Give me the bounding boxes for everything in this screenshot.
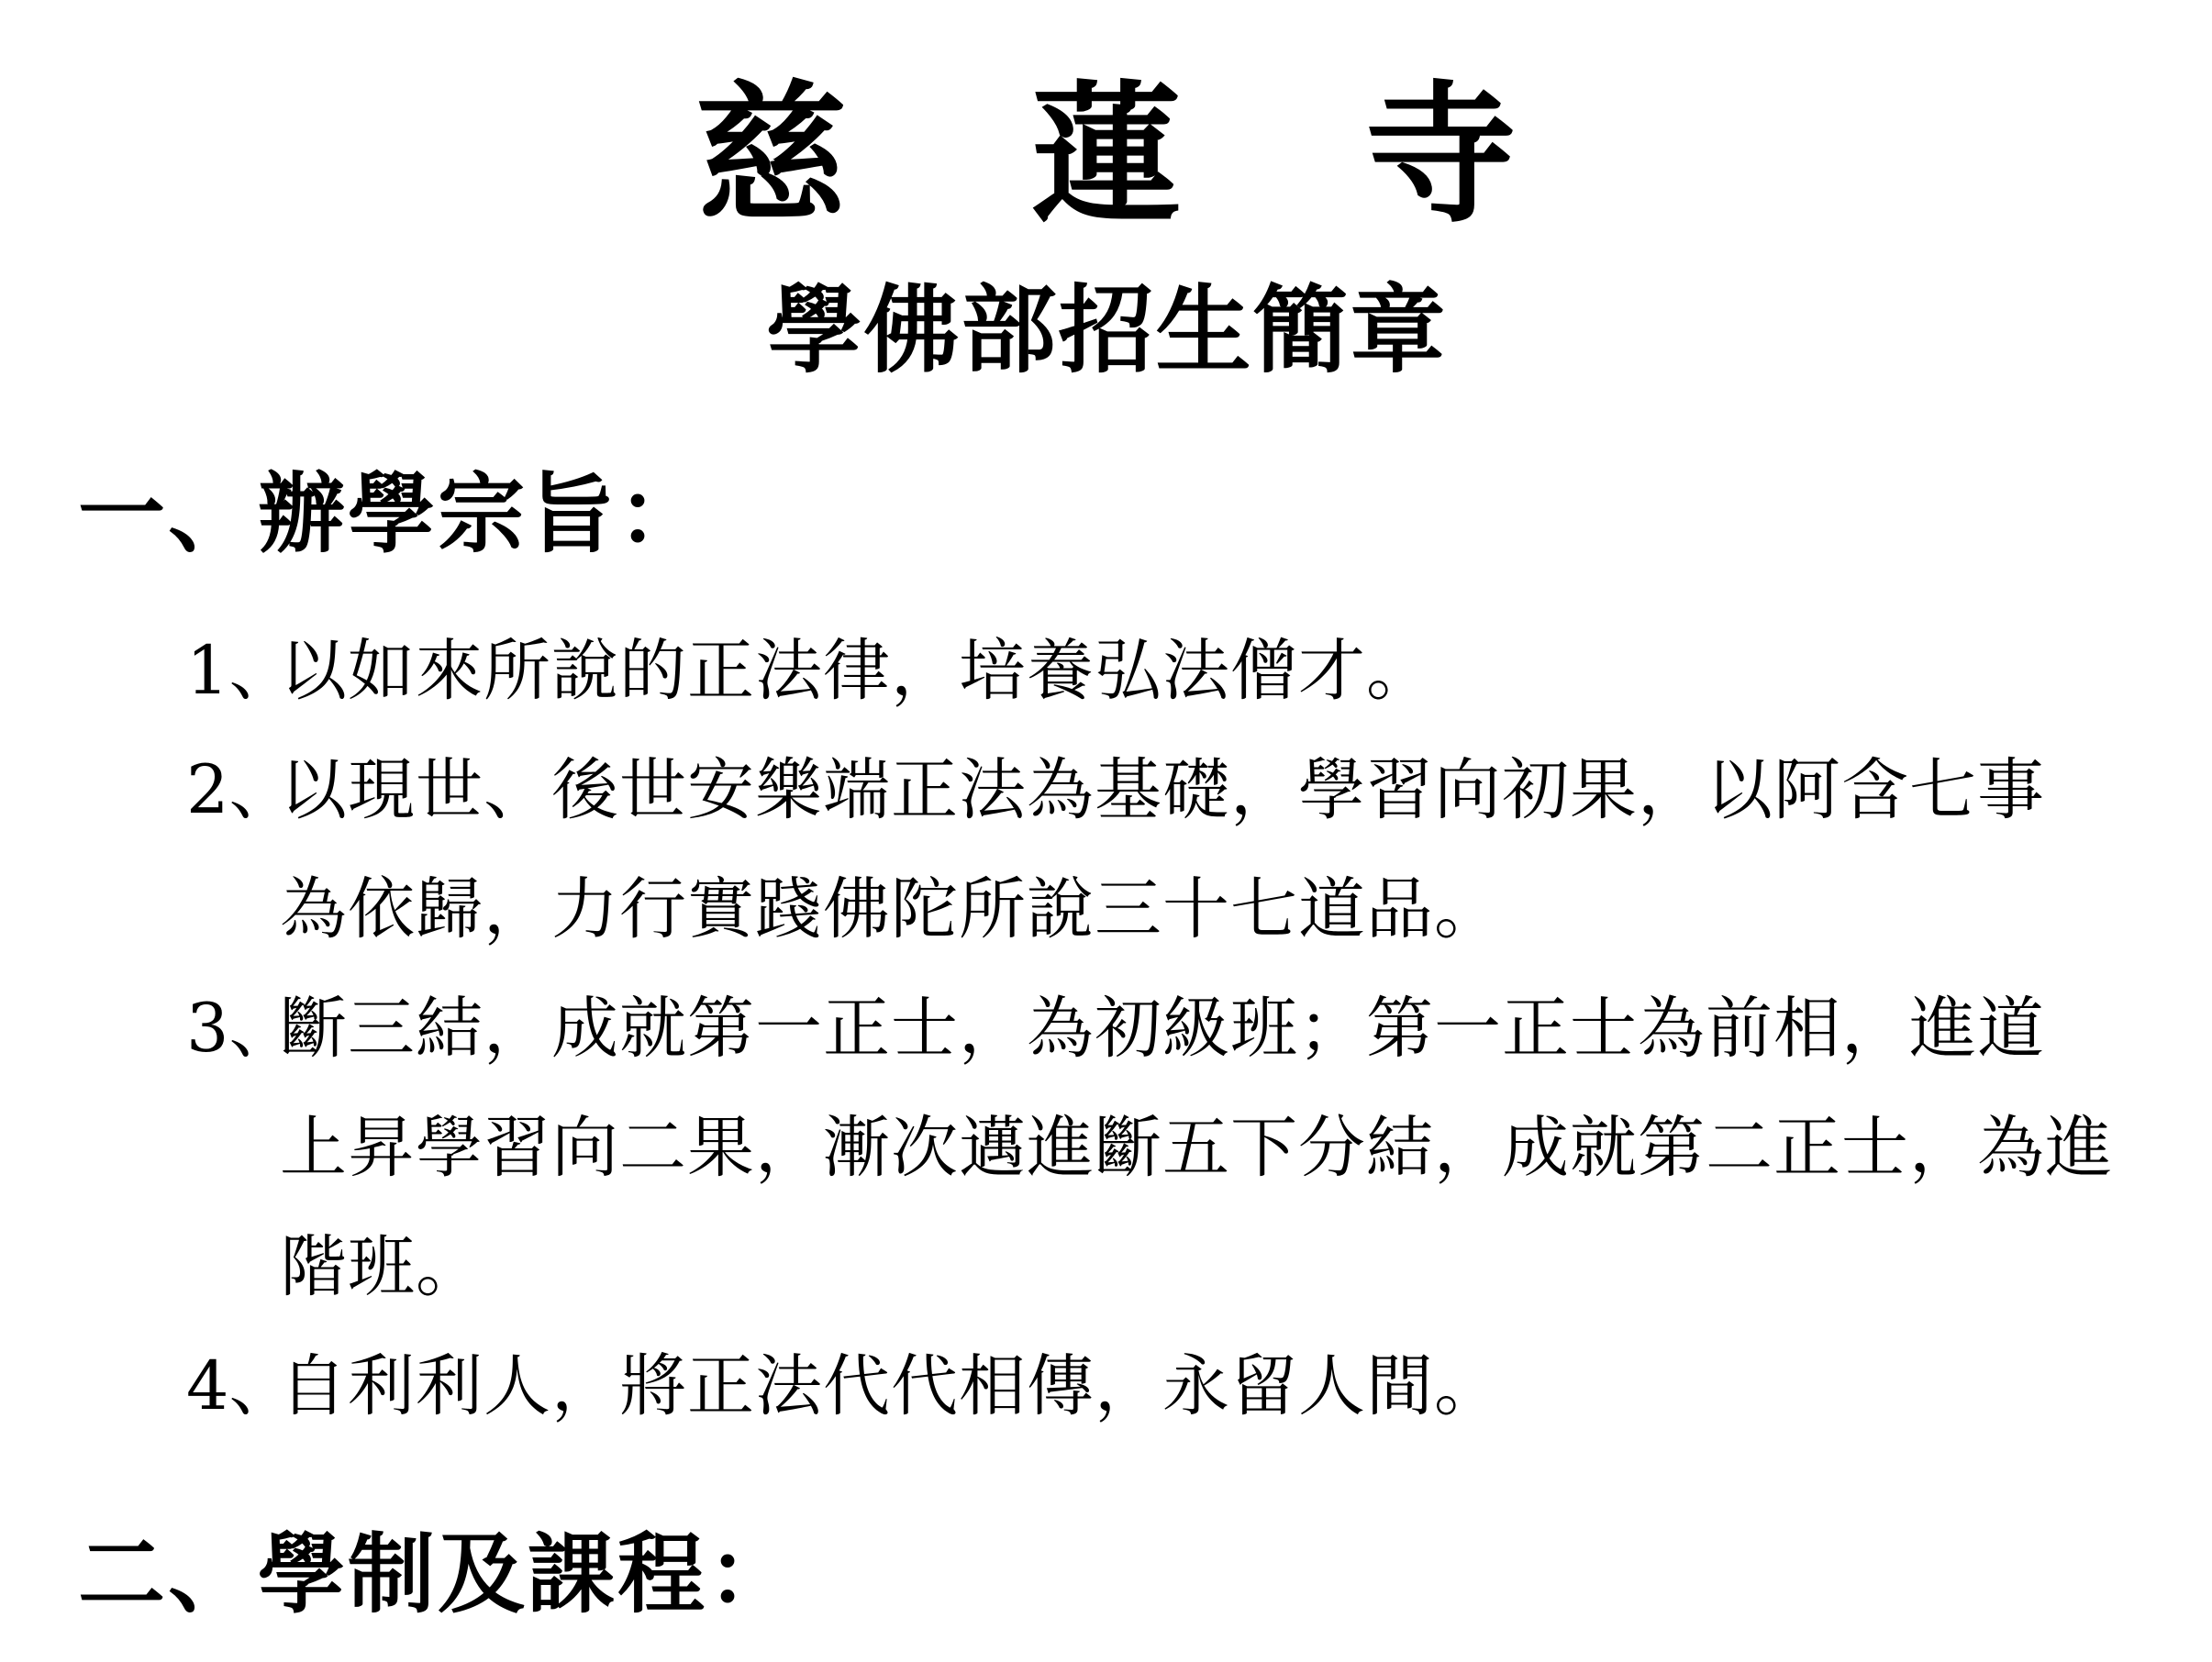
list-item-2-number: 2、 (186, 731, 280, 850)
list-item-3-text-line-1: 斷三結，成就第一正士，為初級班；第一正士為前相，進道 (280, 990, 2045, 1068)
list-item-2-text-line-1: 以現世、後世安樂端正法為基礎，學習向初果，以阿含七事 (280, 751, 2045, 829)
list-item-2: 2、以現世、後世安樂端正法為基礎，學習向初果，以阿含七事 (0, 731, 2212, 850)
list-item-1: 1、以如來所說的正法律，培養弘法僧才。 (0, 612, 2212, 731)
list-item-3-text-line-3: 階班。 (0, 1208, 2212, 1327)
purpose-item-list: 1、以如來所說的正法律，培養弘法僧才。 2、以現世、後世安樂端正法為基礎，學習向… (0, 612, 2212, 1446)
section-heading-curriculum: 二、學制及課程： (78, 1524, 797, 1624)
list-item-4-number: 4、 (186, 1327, 280, 1446)
document-subtitle: 學佛部招生簡章 (0, 273, 2212, 388)
list-item-4-text: 自利利人，將正法代代相傳，永留人間。 (280, 1347, 1502, 1425)
list-item-3-text-line-2: 上昇學習向二果，漸次邁進斷五下分結，成就第二正士，為進 (0, 1089, 2212, 1208)
list-item-3-number: 3、 (186, 969, 280, 1089)
section-heading-purpose: 一、辦學宗旨： (78, 464, 707, 564)
document-title: 慈蓮寺 (0, 79, 2212, 230)
list-item-1-text: 以如來所說的正法律，培養弘法僧才。 (280, 632, 1434, 710)
list-item-2-text-line-2: 為依歸，力行實踐佛陀所說三十七道品。 (0, 850, 2212, 969)
list-item-3: 3、斷三結，成就第一正士，為初級班；第一正士為前相，進道 (0, 969, 2212, 1089)
list-item-4: 4、自利利人，將正法代代相傳，永留人間。 (0, 1327, 2212, 1446)
list-item-1-number: 1、 (186, 612, 280, 731)
document-page: 慈蓮寺 學佛部招生簡章 一、辦學宗旨： 1、以如來所說的正法律，培養弘法僧才。 … (0, 0, 2212, 1662)
